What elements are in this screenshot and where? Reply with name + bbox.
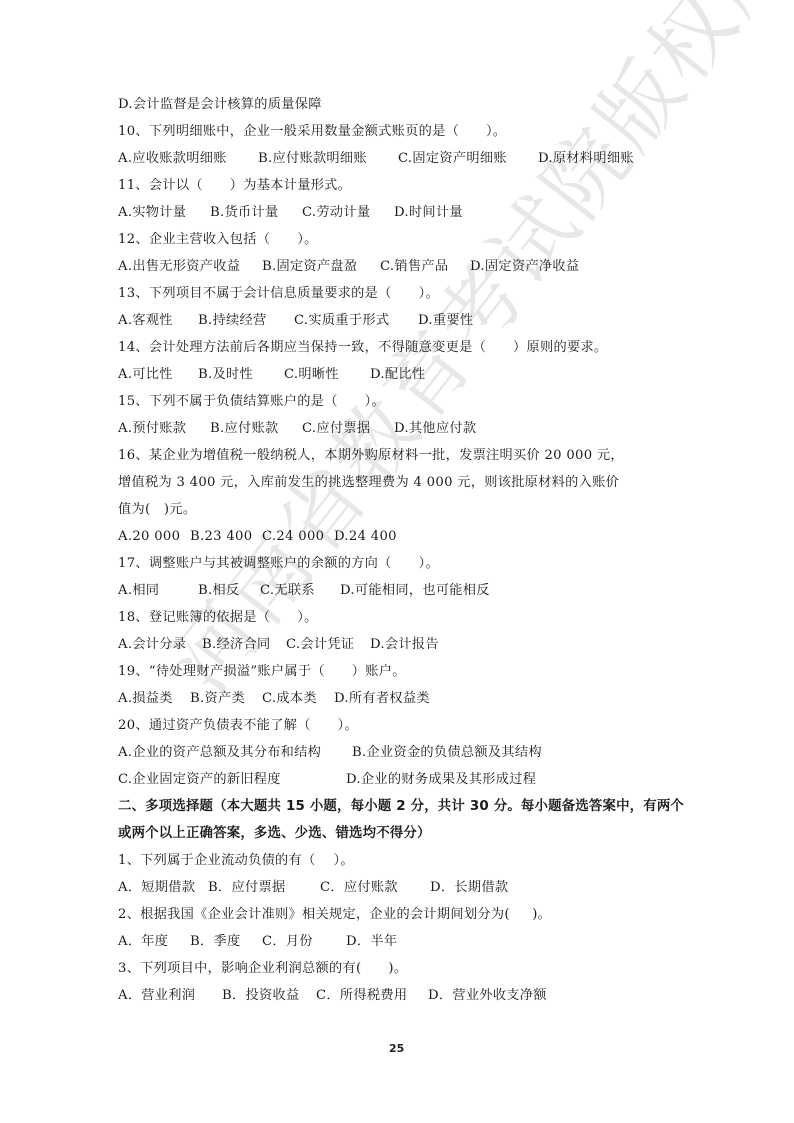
option-row: A.相同B.相反C.无联系D.可能相同，也可能相反 bbox=[118, 582, 678, 600]
answer-option: D.其他应付款 bbox=[394, 420, 476, 438]
answer-option: D．长期借款 bbox=[430, 879, 508, 897]
question-text: 13、下列项目不属于会计信息质量要求的是（ ）。 bbox=[118, 285, 439, 303]
question-text: 10、下列明细账中，企业一般采用数量金额式账页的是（ ）。 bbox=[118, 123, 506, 141]
answer-option: B.企业资金的负债总额及其结构 bbox=[352, 744, 542, 762]
answer-option: D.配比性 bbox=[370, 366, 425, 384]
question-text: 19、“待处理财产损溢”账户属于（ ）账户。 bbox=[118, 663, 406, 681]
answer-option: C.无联系 bbox=[260, 582, 315, 600]
question-text: 3、下列项目中，影响企业利润总额的有( )。 bbox=[118, 960, 407, 978]
question-text: 15、下列不属于负债结算账户的是（ ）。 bbox=[118, 393, 385, 411]
answer-option: D.重要性 bbox=[418, 312, 473, 330]
question-text: 1、下列属于企业流动负债的有（ ）。 bbox=[118, 852, 354, 870]
answer-option: D.企业的财务成果及其形成过程 bbox=[346, 771, 536, 789]
answer-option: B．投资收益 bbox=[222, 987, 299, 1005]
option-row: A.预付账款B.应付账款C.应付票据D.其他应付款 bbox=[118, 420, 678, 438]
question-text: 12、企业主营收入包括（ ）。 bbox=[118, 231, 318, 249]
question-text: 14、会计处理方法前后各期应当保持一致，不得随意变更是（ ）原则的要求。 bbox=[118, 339, 607, 357]
answer-option: A.预付账款 bbox=[118, 420, 186, 438]
answer-option: B.经济合同 bbox=[202, 636, 270, 654]
option-row: A．年度B．季度C．月份D．半年 bbox=[118, 933, 678, 951]
answer-option: A.可比性 bbox=[118, 366, 173, 384]
question-text: 17、调整账户与其被调整账户的余额的方向（ ）。 bbox=[118, 555, 439, 573]
document-page: 河南省教育考试院版权所有 D.会计监督是会计核算的质量保障10、下列明细账中，企… bbox=[0, 0, 794, 1123]
answer-option: C．所得税费用 bbox=[316, 987, 407, 1005]
option-row: A.实物计量B.货币计量C.劳动计量D.时间计量 bbox=[118, 204, 678, 222]
answer-option: C.成本类 bbox=[262, 690, 317, 708]
answer-option: A.相同 bbox=[118, 582, 159, 600]
answer-option: B.相反 bbox=[198, 582, 239, 600]
answer-option: C.固定资产明细账 bbox=[398, 150, 507, 168]
answer-option: A．营业利润 bbox=[118, 987, 195, 1005]
option-row: D.会计监督是会计核算的质量保障 bbox=[118, 96, 678, 114]
answer-option: A.损益类 bbox=[118, 690, 173, 708]
option-row: A.会计分录B.经济合同C.会计凭证D.会计报告 bbox=[118, 636, 678, 654]
answer-option: C.劳动计量 bbox=[302, 204, 370, 222]
option-row: A.客观性B.持续经营C.实质重于形式D.重要性 bbox=[118, 312, 678, 330]
answer-option: B．应付票据 bbox=[208, 879, 285, 897]
section-heading: 或两个以上正确答案，多选、少选、错选均不得分） bbox=[118, 825, 431, 843]
option-row: A.企业的资产总额及其分布和结构B.企业资金的负债总额及其结构 bbox=[118, 744, 678, 762]
answer-option: D.时间计量 bbox=[394, 204, 463, 222]
answer-option: D.固定资产净收益 bbox=[470, 258, 579, 276]
answer-option: D.所有者权益类 bbox=[334, 690, 430, 708]
answer-option: C.明晰性 bbox=[284, 366, 339, 384]
answer-option: B.23 400 bbox=[190, 528, 252, 546]
answer-option: C.应付票据 bbox=[302, 420, 370, 438]
answer-option: A.实物计量 bbox=[118, 204, 186, 222]
page-number: 25 bbox=[389, 1042, 404, 1055]
answer-option: C.会计凭证 bbox=[286, 636, 354, 654]
question-text: 18、登记账簿的依据是（ ）。 bbox=[118, 609, 318, 627]
answer-option: A．年度 bbox=[118, 933, 168, 951]
option-row: A.20 000B.23 400C.24 000D.24 400 bbox=[118, 528, 678, 546]
answer-option: C.实质重于形式 bbox=[294, 312, 389, 330]
answer-option: A.会计分录 bbox=[118, 636, 186, 654]
option-row: A.可比性B.及时性C.明晰性D.配比性 bbox=[118, 366, 678, 384]
answer-option: B.持续经营 bbox=[198, 312, 266, 330]
answer-option: D．营业外收支净额 bbox=[428, 987, 547, 1005]
answer-option: B.应付账款明细账 bbox=[258, 150, 367, 168]
answer-option: B．季度 bbox=[190, 933, 240, 951]
answer-option: B.及时性 bbox=[198, 366, 253, 384]
question-text: 11、会计以（ ）为基本计量形式。 bbox=[118, 177, 351, 195]
answer-option: C.销售产品 bbox=[380, 258, 448, 276]
question-text: 20、通过资产负债表不能了解（ ）。 bbox=[118, 717, 358, 735]
answer-option: A.20 000 bbox=[118, 528, 180, 546]
question-text: 增值税为 3 400 元，入库前发生的挑选整理费为 4 000 元，则该批原材料… bbox=[118, 474, 619, 492]
answer-option: C．应付账款 bbox=[320, 879, 398, 897]
answer-option: D.会计报告 bbox=[370, 636, 439, 654]
question-text: 值为( )元。 bbox=[118, 501, 196, 519]
option-row: C.企业固定资产的新旧程度D.企业的财务成果及其形成过程 bbox=[118, 771, 678, 789]
answer-option: B.固定资产盘盈 bbox=[262, 258, 357, 276]
option-row: A.损益类B.资产类C.成本类D.所有者权益类 bbox=[118, 690, 678, 708]
question-text: 2、根据我国《企业会计准则》相关规定，企业的会计期间划分为( )。 bbox=[118, 906, 551, 924]
option-row: A.出售无形资产收益B.固定资产盘盈C.销售产品D.固定资产净收益 bbox=[118, 258, 678, 276]
section-heading: 二、多项选择题（本大题共 15 小题，每小题 2 分，共计 30 分。每小题备选… bbox=[118, 798, 684, 816]
answer-option: B.应付账款 bbox=[210, 420, 278, 438]
answer-option: A.应收账款明细账 bbox=[118, 150, 227, 168]
option-row: A．营业利润B．投资收益C．所得税费用D．营业外收支净额 bbox=[118, 987, 678, 1005]
answer-option: A.出售无形资产收益 bbox=[118, 258, 240, 276]
question-text: 16、某企业为增值税一般纳税人，本期外购原材料一批，发票注明买价 20 000 … bbox=[118, 447, 624, 465]
option-row: A.应收账款明细账B.应付账款明细账C.固定资产明细账D.原材料明细账 bbox=[118, 150, 678, 168]
answer-option: D.24 400 bbox=[334, 528, 397, 546]
answer-option: D.会计监督是会计核算的质量保障 bbox=[118, 96, 322, 114]
answer-option: D．半年 bbox=[346, 933, 397, 951]
answer-option: A.企业的资产总额及其分布和结构 bbox=[118, 744, 321, 762]
answer-option: B.资产类 bbox=[190, 690, 245, 708]
answer-option: A.客观性 bbox=[118, 312, 173, 330]
answer-option: D.可能相同，也可能相反 bbox=[340, 582, 490, 600]
answer-option: D.原材料明细账 bbox=[538, 150, 634, 168]
answer-option: A．短期借款 bbox=[118, 879, 195, 897]
option-row: A．短期借款B．应付票据C．应付账款D．长期借款 bbox=[118, 879, 678, 897]
answer-option: C.24 000 bbox=[262, 528, 324, 546]
answer-option: B.货币计量 bbox=[210, 204, 278, 222]
answer-option: C.企业固定资产的新旧程度 bbox=[118, 771, 281, 789]
answer-option: C．月份 bbox=[262, 933, 313, 951]
